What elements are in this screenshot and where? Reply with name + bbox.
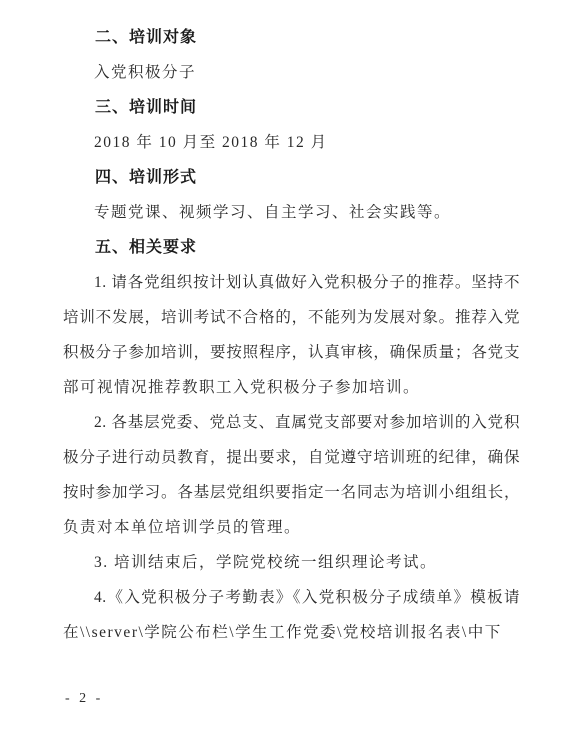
text-training-format: 专题党课、视频学习、自主学习、社会实践等。 xyxy=(63,195,520,230)
heading-training-target: 二、培训对象 xyxy=(63,20,520,55)
paragraph-1-line-3: 积极分子参加培训，要按照程序，认真审核，确保质量；各党支 xyxy=(63,335,520,370)
paragraph-3-line-1: 3. 培训结束后，学院党校统一组织理论考试。 xyxy=(63,545,520,580)
paragraph-1-line-2: 培训不发展，培训考试不合格的，不能列为发展对象。推荐入党 xyxy=(63,300,520,335)
paragraph-2-line-2: 极分子进行动员教育，提出要求，自觉遵守培训班的纪律，确保 xyxy=(63,440,520,475)
paragraph-2-line-1: 2. 各基层党委、党总支、直属党支部要对参加培训的入党积 xyxy=(63,405,520,440)
heading-training-time: 三、培训时间 xyxy=(63,90,520,125)
paragraph-4-line-1: 4.《入党积极分子考勤表》《入党积极分子成绩单》模板请 xyxy=(63,580,520,615)
document-body: 二、培训对象 入党积极分子 三、培训时间 2018 年 10 月至 2018 年… xyxy=(63,20,520,650)
page-number: - 2 - xyxy=(65,691,103,707)
text-training-target: 入党积极分子 xyxy=(63,55,520,90)
paragraph-4-line-2-path: 在\\server\学院公布栏\学生工作党委\党校培训报名表\中下 xyxy=(63,615,520,650)
text-training-time: 2018 年 10 月至 2018 年 12 月 xyxy=(63,125,520,160)
heading-requirements: 五、相关要求 xyxy=(63,230,520,265)
paragraph-1-line-4: 部可视情况推荐教职工入党积极分子参加培训。 xyxy=(63,370,520,405)
paragraph-2-line-3: 按时参加学习。各基层党组织要指定一名同志为培训小组组长， xyxy=(63,475,520,510)
document-page: { "page": { "background_color": "#ffffff… xyxy=(0,0,582,729)
heading-training-format: 四、培训形式 xyxy=(63,160,520,195)
paragraph-2-line-4: 负责对本单位培训学员的管理。 xyxy=(63,510,520,545)
paragraph-1-line-1: 1. 请各党组织按计划认真做好入党积极分子的推荐。坚持不 xyxy=(63,265,520,300)
